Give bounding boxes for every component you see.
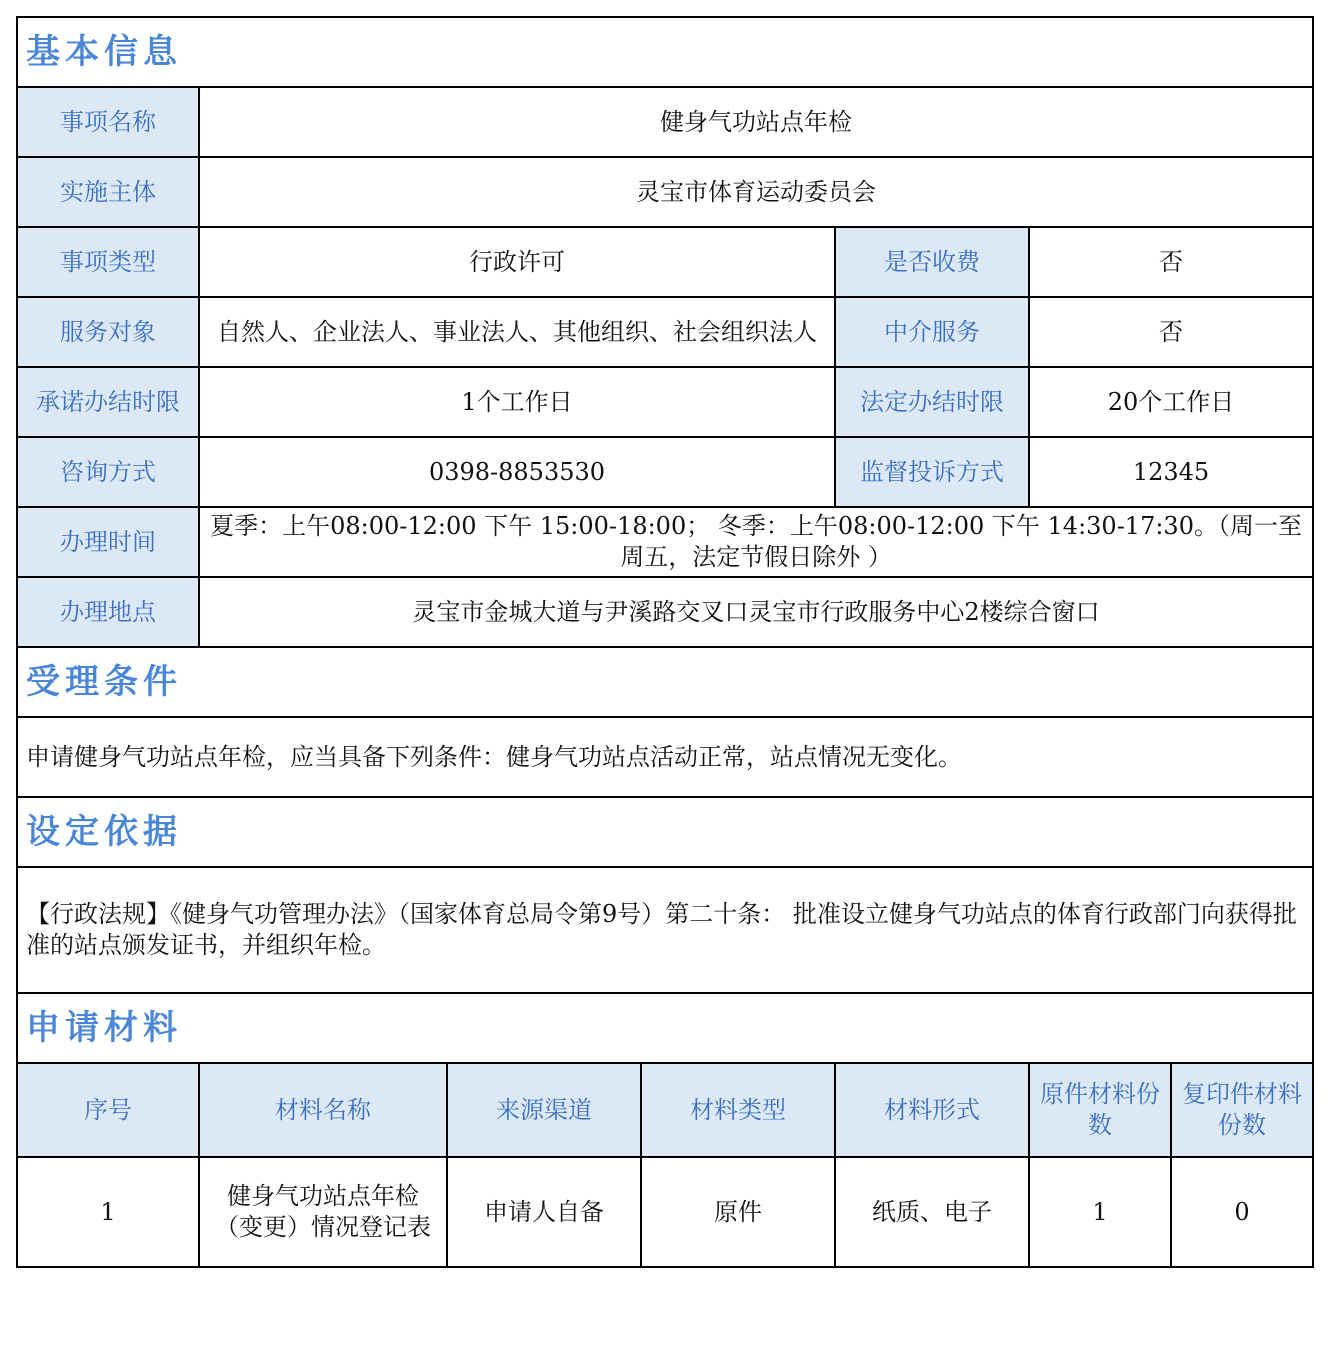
value-service-target: 自然人、企业法人、事业法人、其他组织、社会组织法人 — [199, 297, 835, 367]
cell-original-count: 1 — [1029, 1157, 1171, 1267]
value-item-type: 行政许可 — [199, 227, 835, 297]
header-source: 来源渠道 — [447, 1063, 641, 1157]
header-copy-count: 复印件材料份数 — [1171, 1063, 1313, 1157]
header-material-type: 材料类型 — [641, 1063, 835, 1157]
section-title-basis: 设定依据 — [17, 797, 1313, 867]
cell-material-name: 健身气功站点年检（变更）情况登记表 — [199, 1157, 447, 1267]
cell-index: 1 — [17, 1157, 199, 1267]
cell-copy-count: 0 — [1171, 1157, 1313, 1267]
cell-material-form: 纸质、电子 — [835, 1157, 1029, 1267]
label-hours: 办理时间 — [17, 507, 199, 577]
label-legal-limit: 法定办结时限 — [835, 367, 1029, 437]
section-title-materials: 申请材料 — [17, 993, 1313, 1063]
label-complaint: 监督投诉方式 — [835, 437, 1029, 507]
value-fee: 否 — [1029, 227, 1313, 297]
table-row: 1 健身气功站点年检（变更）情况登记表 申请人自备 原件 纸质、电子 1 0 — [17, 1157, 1313, 1267]
value-promised-limit: 1个工作日 — [199, 367, 835, 437]
value-intermediary: 否 — [1029, 297, 1313, 367]
label-promised-limit: 承诺办结时限 — [17, 367, 199, 437]
value-complaint: 12345 — [1029, 437, 1313, 507]
cell-source: 申请人自备 — [447, 1157, 641, 1267]
label-subject: 实施主体 — [17, 157, 199, 227]
header-original-count: 原件材料份数 — [1029, 1063, 1171, 1157]
value-item-name: 健身气功站点年检 — [199, 87, 1313, 157]
service-guide-sheet: 基本信息 事项名称 健身气功站点年检 实施主体 灵宝市体育运动委员会 事项类型 … — [16, 16, 1312, 1268]
section-title-conditions: 受理条件 — [17, 647, 1313, 717]
service-guide-table: 基本信息 事项名称 健身气功站点年检 实施主体 灵宝市体育运动委员会 事项类型 … — [16, 16, 1314, 1268]
header-index: 序号 — [17, 1063, 199, 1157]
header-material-name: 材料名称 — [199, 1063, 447, 1157]
value-legal-limit: 20个工作日 — [1029, 367, 1313, 437]
label-fee: 是否收费 — [835, 227, 1029, 297]
value-location: 灵宝市金城大道与尹溪路交叉口灵宝市行政服务中心2楼综合窗口 — [199, 577, 1313, 647]
label-item-type: 事项类型 — [17, 227, 199, 297]
header-material-form: 材料形式 — [835, 1063, 1029, 1157]
conditions-text: 申请健身气功站点年检，应当具备下列条件：健身气功站点活动正常，站点情况无变化。 — [17, 717, 1313, 797]
label-item-name: 事项名称 — [17, 87, 199, 157]
section-title-basic-info: 基本信息 — [17, 17, 1313, 87]
label-consult: 咨询方式 — [17, 437, 199, 507]
value-consult-phone: 0398-8853530 — [199, 437, 835, 507]
value-subject: 灵宝市体育运动委员会 — [199, 157, 1313, 227]
label-service-target: 服务对象 — [17, 297, 199, 367]
basis-text: 【行政法规】《健身气功管理办法》（国家体育总局令第9号）第二十条： 批准设立健身… — [17, 867, 1313, 993]
label-intermediary: 中介服务 — [835, 297, 1029, 367]
value-hours: 夏季：上午08:00-12:00 下午 15:00-18:00； 冬季：上午08… — [199, 507, 1313, 577]
label-location: 办理地点 — [17, 577, 199, 647]
cell-material-type: 原件 — [641, 1157, 835, 1267]
